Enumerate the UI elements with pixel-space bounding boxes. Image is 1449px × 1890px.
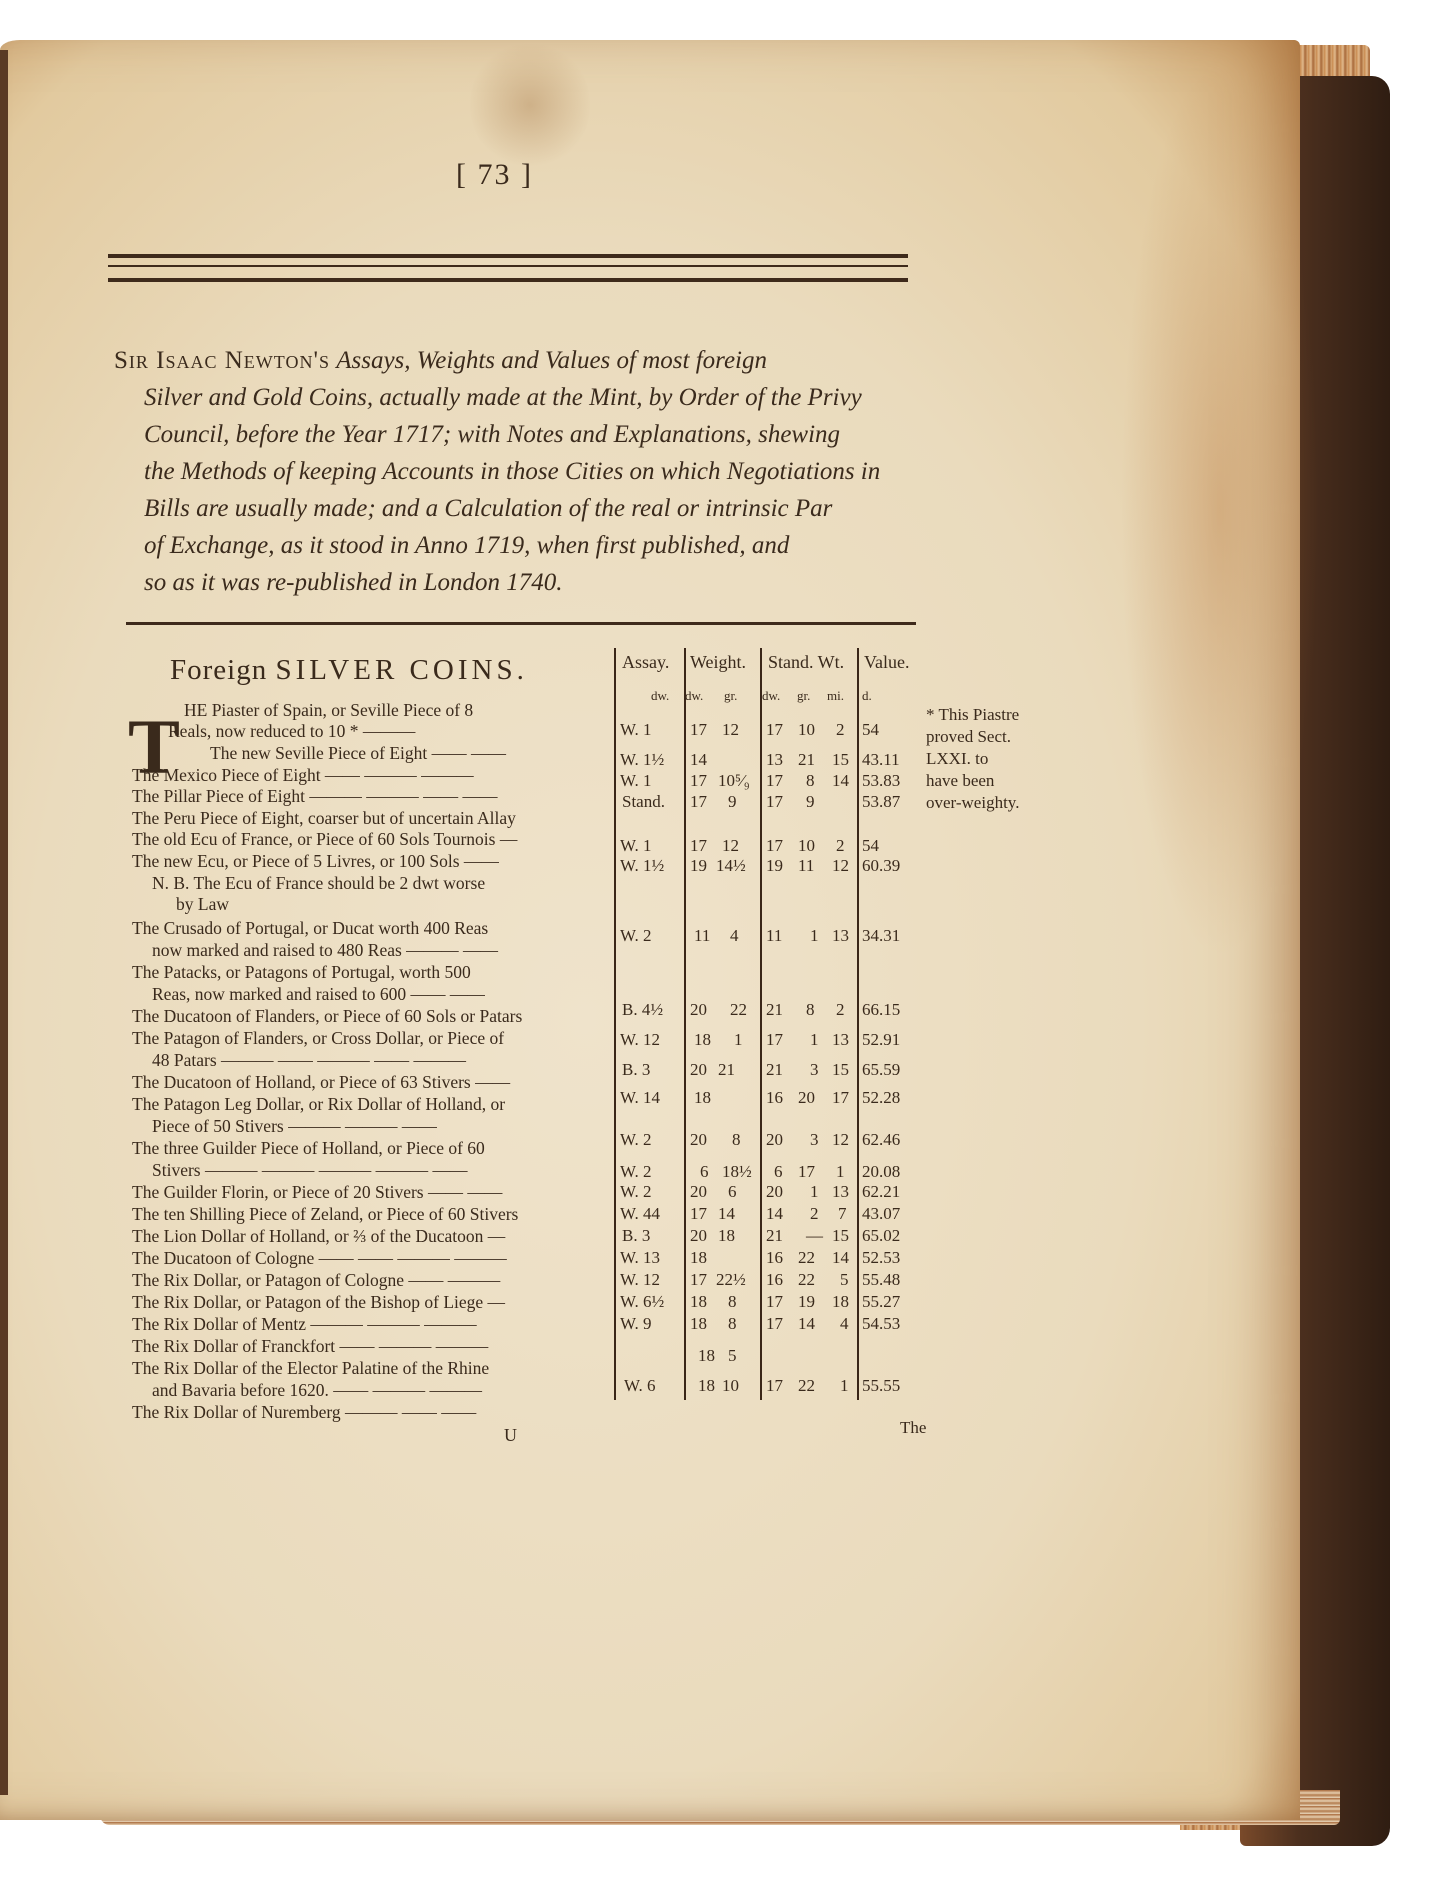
sub-assay-dw: dw.: [651, 688, 669, 704]
stand-gr-cell: 10: [798, 836, 815, 856]
stand-gr-cell: 2: [810, 1204, 819, 1224]
sub-stand-mi: mi.: [827, 688, 844, 704]
weight-gr-cell: 14: [718, 1204, 735, 1224]
assay-cell: W. 2: [620, 1182, 652, 1202]
stand-dw-cell: 21: [766, 1060, 783, 1080]
stand-gr-cell: 22: [798, 1376, 815, 1396]
sub-weight-dw: dw.: [685, 688, 703, 704]
weight-dw-cell: 17: [690, 836, 707, 856]
title-line-2: Silver and Gold Coins, actually made at …: [144, 384, 862, 411]
stand-gr-cell: 1: [810, 1030, 819, 1050]
value-cell: 55.27: [862, 1292, 900, 1312]
header-weight: Weight.: [690, 652, 746, 673]
coin-name: The old Ecu of France, or Piece of 60 So…: [132, 829, 517, 850]
value-cell: 65.59: [862, 1060, 900, 1080]
stand-dw-cell: 17: [766, 771, 783, 791]
weight-dw-cell: 18: [694, 1030, 711, 1050]
value-cell: 55.55: [862, 1376, 900, 1396]
value-cell: 54.53: [862, 1314, 900, 1334]
coin-name-cont: and Bavaria before 1620. —— ——— ———: [152, 1380, 482, 1401]
stand-mi-cell: 13: [832, 926, 849, 946]
footnote-line: over-weighty.: [926, 792, 1019, 814]
edge-stain: [1120, 60, 1320, 960]
stand-dw-cell: 14: [766, 1204, 783, 1224]
assay-cell: W. 1½: [620, 856, 664, 876]
stand-gr-cell: 8: [806, 771, 815, 791]
weight-gr-cell: 22: [730, 1000, 747, 1020]
coin-note: N. B. The Ecu of France should be 2 dwt …: [152, 873, 485, 894]
weight-dw-cell: 20: [690, 1226, 707, 1246]
stand-gr-cell: 1: [810, 926, 819, 946]
weight-dw-cell: 20: [690, 1182, 707, 1202]
coin-name: The Crusado of Portugal, or Ducat worth …: [132, 918, 488, 939]
footnote-line: * This Piastre: [926, 704, 1019, 726]
footnote-line: LXXI. to: [926, 748, 1019, 770]
coin-name: The new Ecu, or Piece of 5 Livres, or 10…: [132, 851, 499, 872]
weight-gr-cell: 14½: [716, 856, 746, 876]
value-cell: 43.11: [862, 750, 900, 770]
coin-name: The Ducatoon of Cologne —— —— ——— ———: [132, 1248, 507, 1269]
page-number: [ 73 ]: [456, 158, 533, 192]
coin-name: The Rix Dollar of the Elector Palatine o…: [132, 1358, 489, 1379]
section-rule: [126, 622, 916, 625]
weight-gr-cell: 9: [728, 792, 737, 812]
weight-dw-cell: 20: [690, 1130, 707, 1150]
stand-dw-cell: 17: [766, 1292, 783, 1312]
page-title: Sir Isaac Newton's Assays, Weights and V…: [114, 342, 944, 601]
title-line-4: the Methods of keeping Accounts in those…: [144, 458, 880, 485]
coin-name: The Patagon Leg Dollar, or Rix Dollar of…: [132, 1094, 505, 1115]
stand-mi-cell: 15: [832, 1060, 849, 1080]
assay-cell: W. 9: [620, 1314, 652, 1334]
value-cell: 62.46: [862, 1130, 900, 1150]
title-line-5: Bills are usually made; and a Calculatio…: [144, 495, 832, 522]
coin-name: The Ducatoon of Flanders, or Piece of 60…: [132, 1006, 522, 1027]
weight-dw-cell: 19: [690, 856, 707, 876]
value-cell: 20.08: [862, 1162, 900, 1182]
weight-gr-cell: 22½: [716, 1270, 746, 1290]
stand-gr-cell: 11: [798, 856, 814, 876]
weight-gr-cell: 6: [728, 1182, 737, 1202]
stand-dw-cell: 13: [766, 750, 783, 770]
stand-gr-cell: 21: [798, 750, 815, 770]
stand-dw-cell: 17: [766, 1030, 783, 1050]
header-value: Value.: [864, 652, 909, 673]
coin-name: The Rix Dollar of Nuremberg ——— —— ——: [132, 1402, 476, 1423]
value-cell: 43.07: [862, 1204, 900, 1224]
stand-mi-cell: 1: [836, 1162, 845, 1182]
stand-dw-cell: 21: [766, 1000, 783, 1020]
assay-cell: W. 6½: [620, 1292, 664, 1312]
stand-gr-cell: 10: [798, 720, 815, 740]
weight-dw-cell: 17: [690, 792, 707, 812]
weight-gr-cell: 5: [728, 1346, 737, 1366]
assay-cell: W. 1½: [620, 750, 664, 770]
coin-name: The Pillar Piece of Eight ——— ——— —— ——: [132, 786, 498, 807]
coin-name: The Mexico Piece of Eight —— ——— ———: [132, 765, 474, 786]
stand-mi-cell: 13: [832, 1030, 849, 1050]
coin-name: The Rix Dollar, or Patagon of Cologne ——…: [132, 1270, 500, 1291]
coin-name: The Rix Dollar, or Patagon of the Bishop…: [132, 1292, 505, 1313]
foxing-stain: [470, 40, 590, 170]
stand-mi-cell: 15: [832, 1226, 849, 1246]
assay-cell: W. 12: [620, 1030, 660, 1050]
side-footnote: * This Piastre proved Sect. LXXI. to hav…: [926, 704, 1019, 814]
sub-stand-gr: gr.: [797, 688, 810, 704]
weight-gr-cell: 10⁵⁄₉: [718, 771, 750, 791]
title-lead: Sir Isaac Newton's: [114, 347, 330, 374]
stand-dw-cell: 17: [766, 1314, 783, 1334]
stand-gr-cell: 3: [810, 1060, 819, 1080]
sub-weight-gr: gr.: [724, 688, 737, 704]
stand-dw-cell: 17: [766, 836, 783, 856]
weight-gr-cell: 12: [722, 720, 739, 740]
weight-dw-cell: 18: [694, 1088, 711, 1108]
catchword: The: [900, 1418, 926, 1438]
weight-dw-cell: 20: [690, 1060, 707, 1080]
section-heading-lead: Foreign: [170, 654, 267, 686]
weight-gr-cell: 8: [732, 1130, 741, 1150]
weight-dw-cell: 11: [694, 926, 710, 946]
assay-cell: W. 12: [620, 1270, 660, 1290]
spine-edge: [0, 50, 8, 1795]
stand-mi-cell: 7: [838, 1204, 847, 1224]
coin-name: The Guilder Florin, or Piece of 20 Stive…: [132, 1182, 502, 1203]
weight-dw-cell: 20: [690, 1000, 707, 1020]
stand-dw-cell: 17: [766, 792, 783, 812]
stand-gr-cell: 22: [798, 1270, 815, 1290]
column-rule-3: [760, 648, 762, 1400]
stand-mi-cell: 2: [836, 836, 845, 856]
coin-name: The Rix Dollar of Franckfort —— ——— ———: [132, 1336, 488, 1357]
footnote-line: proved Sect.: [926, 726, 1019, 748]
coin-name-cont: Stivers ——— ——— ——— ——— ——: [152, 1160, 468, 1181]
stand-mi-cell: 14: [832, 771, 849, 791]
stand-mi-cell: 1: [840, 1376, 849, 1396]
assay-cell: B. 3: [622, 1060, 650, 1080]
coin-name: The Rix Dollar of Mentz ——— ——— ———: [132, 1314, 477, 1335]
weight-dw-cell: 18: [690, 1314, 707, 1334]
assay-cell: B. 3: [622, 1226, 650, 1246]
weight-gr-cell: 1: [734, 1030, 743, 1050]
coin-name: The Patacks, or Patagons of Portugal, wo…: [132, 962, 471, 983]
header-stand-wt: Stand. Wt.: [768, 652, 844, 673]
coin-note-cont: by Law: [176, 894, 229, 915]
stand-gr-cell: 3: [810, 1130, 819, 1150]
value-cell: 52.53: [862, 1248, 900, 1268]
stand-mi-cell: 17: [832, 1088, 849, 1108]
weight-gr-cell: 18: [718, 1226, 735, 1246]
assay-cell: W. 2: [620, 1162, 652, 1182]
weight-dw-cell: 18: [690, 1292, 707, 1312]
assay-cell: W. 44: [620, 1204, 660, 1224]
weight-gr-cell: 18½: [722, 1162, 752, 1182]
stand-gr-cell: 17: [798, 1162, 815, 1182]
assay-cell: W. 6: [624, 1376, 656, 1396]
weight-gr-cell: 8: [728, 1292, 737, 1312]
weight-dw-cell: 18: [698, 1376, 715, 1396]
assay-cell: W. 2: [620, 926, 652, 946]
stand-dw-cell: 19: [766, 856, 783, 876]
value-cell: 54: [862, 720, 879, 740]
weight-dw-cell: 17: [690, 771, 707, 791]
coin-name-cont: now marked and raised to 480 Reas ——— ——: [152, 940, 498, 961]
stand-mi-cell: 18: [832, 1292, 849, 1312]
stand-dw-cell: 20: [766, 1130, 783, 1150]
value-cell: 34.31: [862, 926, 900, 946]
coin-name: The Peru Piece of Eight, coarser but of …: [132, 808, 516, 829]
weight-gr-cell: 12: [722, 836, 739, 856]
section-heading-caps: SILVER COINS.: [275, 654, 527, 686]
title-line-1: Assays, Weights and Values of most forei…: [336, 347, 767, 374]
coin-name: The Lion Dollar of Holland, or ⅔ of the …: [132, 1226, 505, 1247]
weight-gr-cell: 8: [728, 1314, 737, 1334]
stand-mi-cell: 2: [836, 1000, 845, 1020]
coin-name: The Patagon of Flanders, or Cross Dollar…: [132, 1028, 504, 1049]
stand-dw-cell: 17: [766, 720, 783, 740]
stand-gr-cell: 9: [806, 792, 815, 812]
stand-mi-cell: 14: [832, 1248, 849, 1268]
coin-name: The ten Shilling Piece of Zeland, or Pie…: [132, 1204, 518, 1225]
value-cell: 60.39: [862, 856, 900, 876]
assay-cell: W. 2: [620, 1130, 652, 1150]
stand-mi-cell: 15: [832, 750, 849, 770]
stand-mi-cell: 13: [832, 1182, 849, 1202]
value-cell: 53.83: [862, 771, 900, 791]
title-line-3: Council, before the Year 1717; with Note…: [144, 421, 840, 448]
title-line-7: so as it was re-published in London 1740…: [144, 569, 563, 596]
assay-cell: W. 14: [620, 1088, 660, 1108]
section-heading: Foreign SILVER COINS.: [170, 654, 528, 687]
assay-cell: W. 1: [620, 771, 652, 791]
stand-mi-cell: 2: [836, 720, 845, 740]
value-cell: 65.02: [862, 1226, 900, 1246]
stand-gr-cell: 8: [806, 1000, 815, 1020]
coin-name: The new Seville Piece of Eight —— ——: [210, 743, 506, 764]
stand-gr-cell: 20: [798, 1088, 815, 1108]
value-cell: 62.21: [862, 1182, 900, 1202]
weight-dw-cell: 17: [690, 1270, 707, 1290]
sub-stand-dw: dw.: [762, 688, 780, 704]
weight-dw-cell: 18: [690, 1248, 707, 1268]
signature-mark: U: [504, 1425, 517, 1446]
stand-dw-cell: 11: [766, 926, 782, 946]
stand-dw-cell: 16: [766, 1270, 783, 1290]
stand-mi-cell: 4: [840, 1314, 849, 1334]
assay-cell: W. 13: [620, 1248, 660, 1268]
value-cell: 52.91: [862, 1030, 900, 1050]
weight-dw-cell: 17: [690, 720, 707, 740]
column-rule-2: [684, 648, 686, 1400]
stand-gr-cell: 19: [798, 1292, 815, 1312]
coin-name: The three Guilder Piece of Holland, or P…: [132, 1138, 485, 1159]
assay-cell: B. 4½: [622, 1000, 663, 1020]
weight-dw-cell: 17: [690, 1204, 707, 1224]
value-cell: 54: [862, 836, 879, 856]
value-cell: 55.48: [862, 1270, 900, 1290]
value-cell: 53.87: [862, 792, 900, 812]
weight-dw-cell: 6: [700, 1162, 709, 1182]
coin-name: The Ducatoon of Holland, or Piece of 63 …: [132, 1072, 510, 1093]
assay-cell: W. 1: [620, 720, 652, 740]
stand-dw-cell: 20: [766, 1182, 783, 1202]
stand-dw-cell: 16: [766, 1088, 783, 1108]
header-rule-1: [108, 254, 908, 258]
stand-dw-cell: 6: [774, 1162, 783, 1182]
coin-name-cont: Reals, now reduced to 10 * ———: [168, 721, 415, 742]
header-rule-2: [108, 265, 908, 267]
title-line-6: of Exchange, as it stood in Anno 1719, w…: [144, 532, 789, 559]
sub-value-d: d.: [862, 688, 872, 704]
weight-gr-cell: 10: [722, 1376, 739, 1396]
stand-gr-cell: 14: [798, 1314, 815, 1334]
coin-name-cont: 48 Patars ——— —— ——— —— ———: [152, 1050, 466, 1071]
column-rule-4: [857, 648, 859, 1400]
stand-gr-cell: —: [806, 1226, 823, 1246]
footnote-line: have been: [926, 770, 1019, 792]
assay-cell: Stand.: [622, 792, 665, 812]
stand-dw-cell: 17: [766, 1376, 783, 1396]
weight-gr-cell: 21: [718, 1060, 735, 1080]
header-rule-3: [108, 278, 908, 282]
column-rule-1: [614, 648, 616, 1400]
weight-gr-cell: 4: [730, 926, 739, 946]
stand-gr-cell: 1: [810, 1182, 819, 1202]
assay-cell: W. 1: [620, 836, 652, 856]
coin-name-cont: Reas, now marked and raised to 600 —— ——: [152, 984, 485, 1005]
stand-mi-cell: 12: [832, 1130, 849, 1150]
coin-name-cont: Piece of 50 Stivers ——— ——— ——: [152, 1116, 437, 1137]
stand-dw-cell: 16: [766, 1248, 783, 1268]
weight-dw-cell: 14: [690, 750, 707, 770]
stand-gr-cell: 22: [798, 1248, 815, 1268]
stand-dw-cell: 21: [766, 1226, 783, 1246]
value-cell: 52.28: [862, 1088, 900, 1108]
header-assay: Assay.: [622, 652, 669, 673]
weight-dw-cell: 18: [698, 1346, 715, 1366]
coin-name: HE Piaster of Spain, or Seville Piece of…: [184, 700, 473, 721]
stand-mi-cell: 5: [840, 1270, 849, 1290]
value-cell: 66.15: [862, 1000, 900, 1020]
stand-mi-cell: 12: [832, 856, 849, 876]
